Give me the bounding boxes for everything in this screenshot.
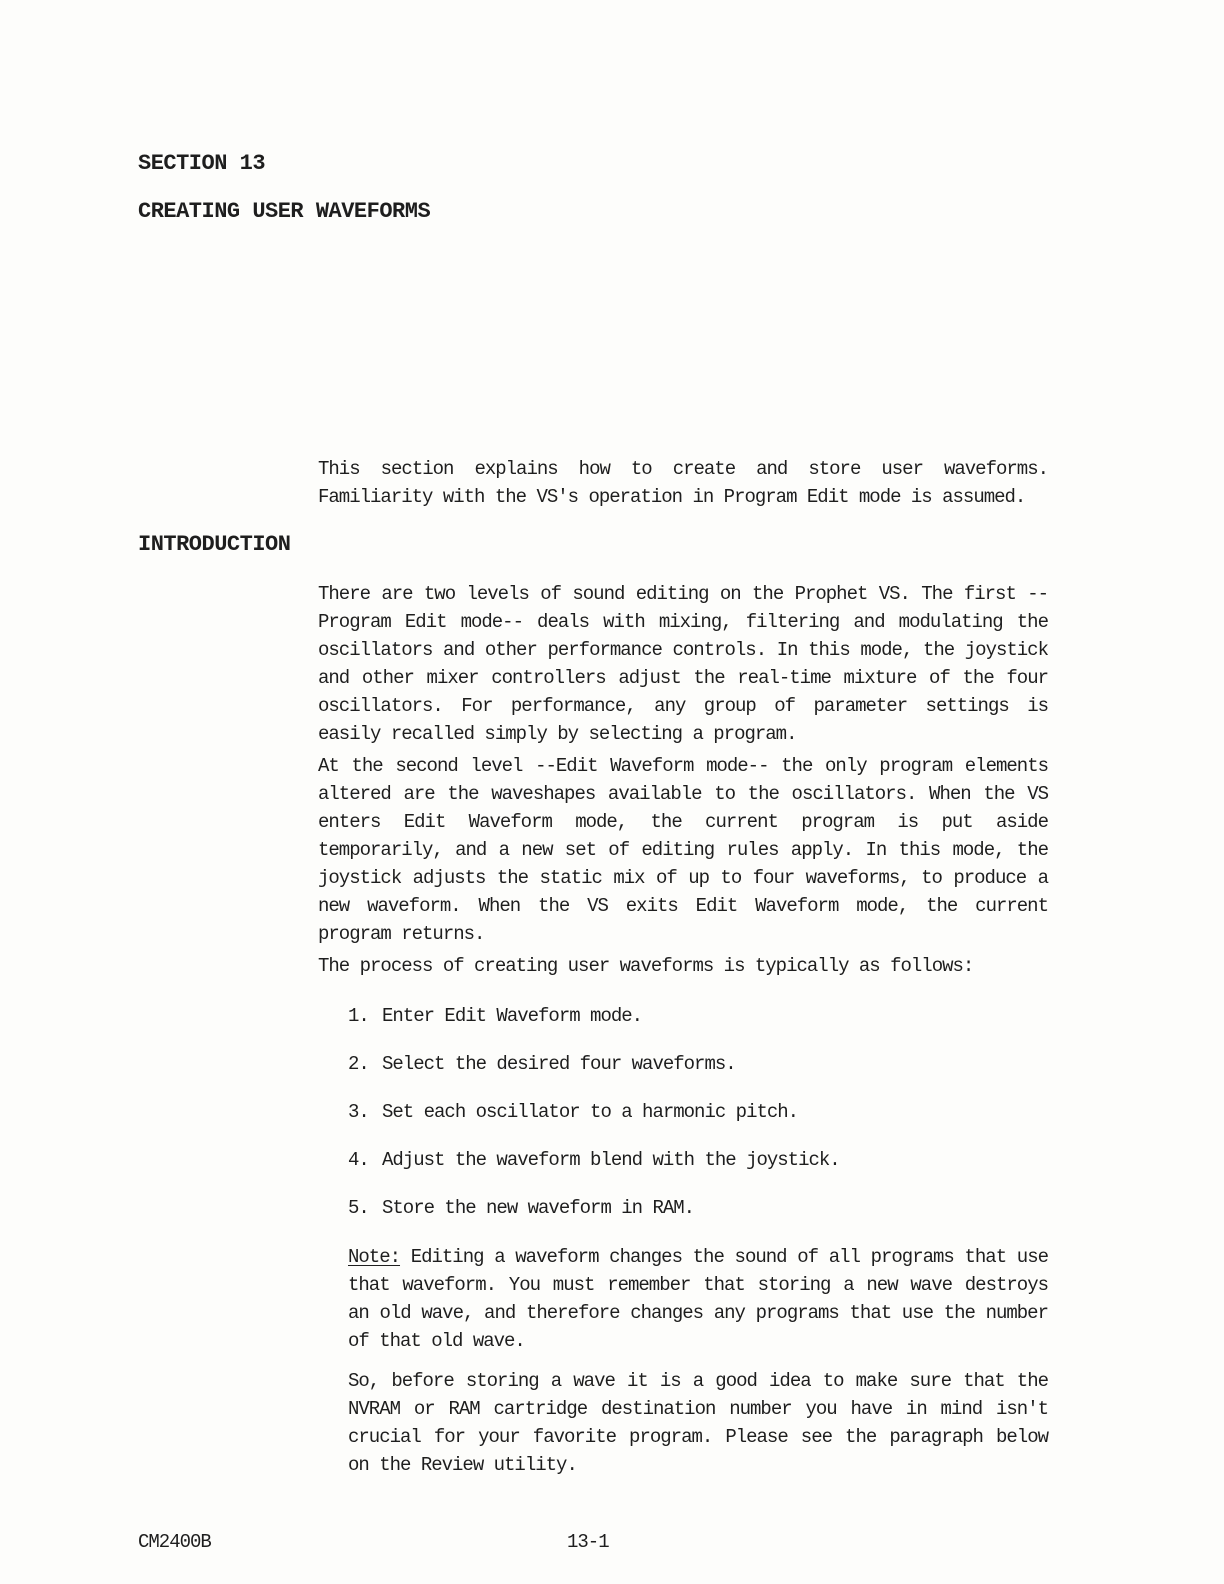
note-label: Note: xyxy=(348,1246,400,1268)
section-title: CREATING USER WAVEFORMS xyxy=(138,198,430,226)
paragraph-storing-advice: So, before storing a wave it is a good i… xyxy=(348,1367,1048,1479)
note-text: Editing a waveform changes the sound of … xyxy=(348,1246,1048,1352)
page-number: 13-1 xyxy=(567,1528,609,1556)
doc-number: CM2400B xyxy=(138,1528,211,1556)
intro-summary: This section explains how to create and … xyxy=(318,455,1048,511)
step-number: 1. xyxy=(348,1002,382,1030)
step-number: 4. xyxy=(348,1146,382,1174)
step-number: 3. xyxy=(348,1098,382,1126)
list-intro: The process of creating user waveforms i… xyxy=(318,952,1048,980)
list-item: 2. Select the desired four waveforms. xyxy=(348,1050,1048,1078)
step-text: Set each oscillator to a harmonic pitch. xyxy=(382,1098,1048,1126)
step-text: Store the new waveform in RAM. xyxy=(382,1194,1048,1222)
note-paragraph: Note: Editing a waveform changes the sou… xyxy=(348,1243,1048,1355)
document-page: SECTION 13 CREATING USER WAVEFORMS This … xyxy=(0,0,1224,1584)
paragraph-sound-editing-levels: There are two levels of sound editing on… xyxy=(318,580,1048,748)
list-item: 5. Store the new waveform in RAM. xyxy=(348,1194,1048,1222)
list-item: 4. Adjust the waveform blend with the jo… xyxy=(348,1146,1048,1174)
step-text: Adjust the waveform blend with the joyst… xyxy=(382,1146,1048,1174)
heading-introduction: INTRODUCTION xyxy=(138,531,290,559)
step-text: Enter Edit Waveform mode. xyxy=(382,1002,1048,1030)
section-label: SECTION 13 xyxy=(138,150,265,178)
step-number: 5. xyxy=(348,1194,382,1222)
paragraph-edit-waveform-mode: At the second level --Edit Waveform mode… xyxy=(318,752,1048,948)
list-item: 3. Set each oscillator to a harmonic pit… xyxy=(348,1098,1048,1126)
list-item: 1. Enter Edit Waveform mode. xyxy=(348,1002,1048,1030)
steps-list: 1. Enter Edit Waveform mode. 2. Select t… xyxy=(348,1002,1048,1242)
step-text: Select the desired four waveforms. xyxy=(382,1050,1048,1078)
step-number: 2. xyxy=(348,1050,382,1078)
